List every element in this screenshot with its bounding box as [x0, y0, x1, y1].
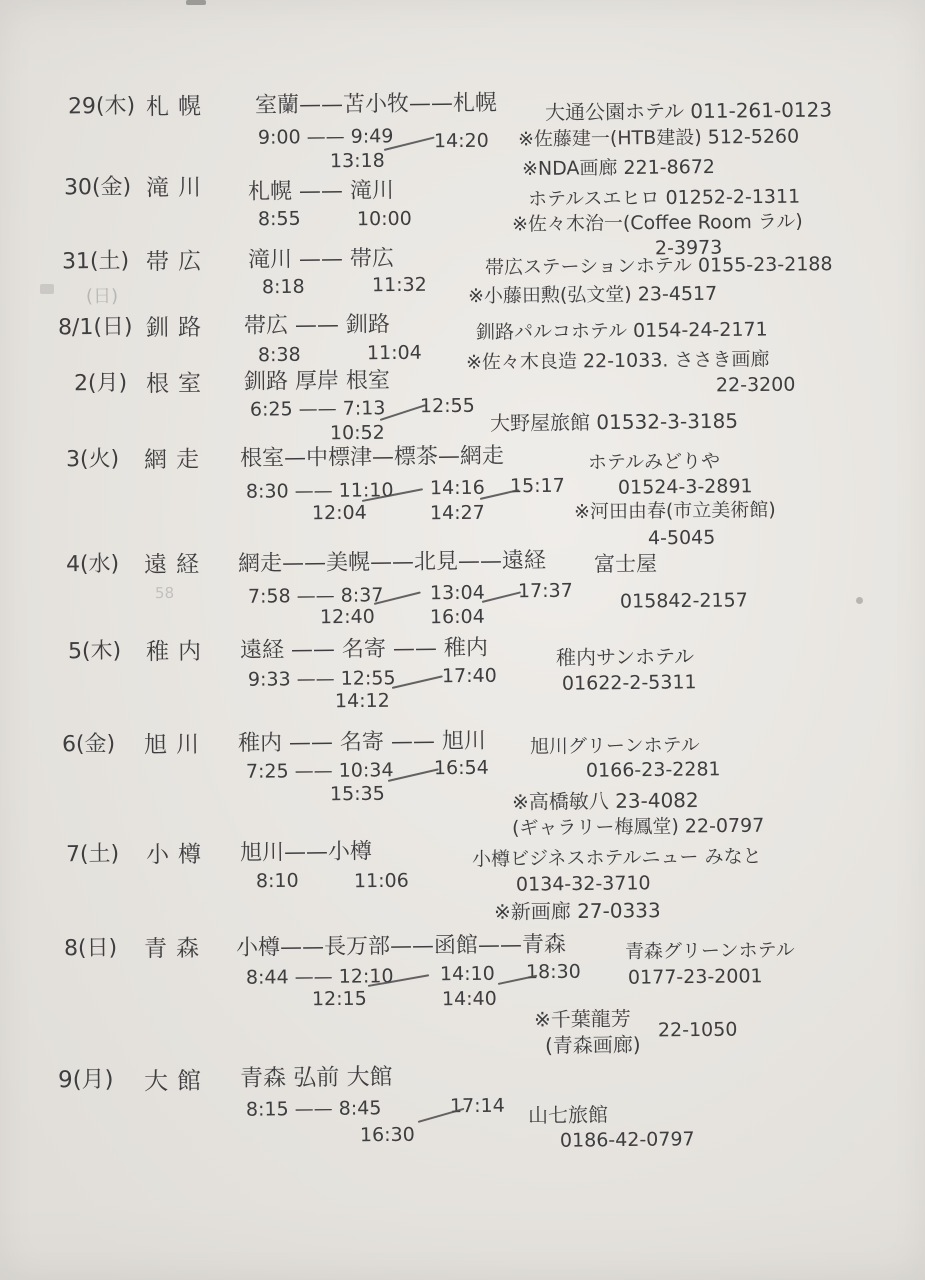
time-value: 9:00 —— 9:49	[258, 126, 394, 148]
time-value: 16:30	[360, 1125, 415, 1146]
time-value: 8:15 —— 8:45	[246, 1098, 382, 1120]
phone-number: 0186-42-0797	[560, 1129, 695, 1151]
time-value: 17:37	[518, 581, 573, 602]
phone-number: 0177-23-2001	[628, 966, 763, 988]
time-value: 11:06	[354, 871, 409, 892]
destination-label: 青森	[144, 937, 208, 963]
route-stations: 根室—中標津—標茶—網走	[240, 445, 504, 472]
hotel-label: 小樽ビジネスホテルニュー みなと	[472, 846, 762, 870]
phone-number: 0166-23-2281	[586, 759, 721, 781]
destination-label: 大館	[144, 1068, 210, 1095]
date-label: 6(金)	[62, 733, 115, 758]
faint-note: (日)	[86, 287, 118, 307]
contact-label: ※新画廊 27-0333	[494, 899, 661, 923]
time-value: 17:40	[442, 666, 497, 687]
destination-label: 滝川	[146, 176, 210, 202]
destination-label: 小樽	[146, 843, 210, 869]
time-value: 12:40	[320, 607, 375, 628]
destination-label: 札幌	[146, 95, 210, 121]
time-value: 17:14	[450, 1096, 505, 1117]
date-label: 5(木)	[68, 640, 121, 665]
connector-line	[482, 591, 521, 603]
route-stations: 旭川——小樽	[240, 840, 372, 866]
time-value: 15:35	[330, 784, 385, 805]
connector-line	[380, 404, 426, 421]
connector-line	[388, 768, 439, 782]
time-value: 8:10	[256, 871, 299, 892]
time-value: 15:17	[510, 476, 565, 497]
contact-label: ※佐藤建一(HTB建設) 512-5260	[518, 127, 799, 151]
time-value: 10:00	[357, 209, 412, 230]
time-value: 8:55	[258, 209, 301, 230]
connector-line	[392, 675, 443, 689]
route-stations: 青森 弘前 大館	[240, 1065, 393, 1092]
date-label: 4(水)	[66, 553, 119, 578]
time-value: 12:55	[420, 396, 475, 417]
destination-label: 遠経	[144, 553, 208, 579]
time-value: 7:58 —— 8:37	[248, 585, 384, 607]
date-label: 7(土)	[66, 843, 119, 868]
destination-label: 帯広	[146, 250, 210, 276]
route-stations: 稚内 —— 名寄 —— 旭川	[238, 730, 486, 757]
destination-label: 釧路	[146, 316, 210, 342]
phone-number: 0134-32-3710	[516, 873, 651, 895]
scan-artifact	[856, 597, 863, 604]
time-value: 14:40	[442, 989, 497, 1010]
hotel-label: 青森グリーンホテル	[625, 940, 795, 963]
date-label: 29(木)	[68, 95, 135, 120]
contact-label: ※小藤田勲(弘文堂) 23-4517	[468, 284, 717, 307]
time-value: 14:27	[430, 503, 485, 524]
date-label: 8(日)	[64, 937, 117, 962]
time-value: 8:38	[258, 345, 301, 366]
hotel-label: 稚内サンホテル	[556, 645, 694, 668]
time-value: 7:25 —— 10:34	[246, 760, 394, 782]
contact-label: ※NDA画廊 221-8672	[522, 157, 715, 180]
phone-number: 22-3200	[716, 375, 796, 397]
route-stations: 室蘭——苫小牧——札幌	[255, 92, 497, 119]
time-value: 14:20	[434, 131, 489, 152]
hotel-label: 釧路パルコホテル 0154-24-2171	[476, 319, 768, 343]
scan-artifact	[40, 284, 54, 294]
time-value: 8:18	[262, 277, 305, 298]
time-value: 12:04	[312, 503, 367, 524]
time-value: 11:32	[372, 275, 427, 296]
time-value: 11:04	[367, 343, 422, 364]
time-value: 16:04	[430, 607, 485, 628]
time-value: 14:10	[440, 964, 495, 985]
date-label: 31(土)	[62, 250, 129, 275]
contact-label: ※千葉龍芳	[534, 1007, 631, 1030]
date-label: 2(月)	[74, 372, 127, 397]
date-label: 9(月)	[58, 1068, 114, 1094]
phone-number: 01622-2-5311	[562, 672, 697, 694]
time-value: 9:33 —— 12:55	[248, 668, 396, 690]
contact-label: (青森画廊)	[545, 1034, 641, 1057]
hotel-label: 帯広ステーションホテル 0155-23-2188	[485, 254, 833, 279]
contact-label: ※高橋敏八 23-4082	[512, 789, 699, 813]
phone-number: 4-5045	[648, 528, 716, 550]
route-stations: 札幌 —— 滝川	[248, 179, 394, 205]
route-stations: 釧路 厚岸 根室	[244, 369, 390, 395]
contact-label: ※佐々木良造 22-1033. ささき画廊	[466, 349, 770, 373]
hotel-label: 大野屋旅館 01532-3-3185	[490, 410, 738, 435]
contact-label: ※河田由春(市立美術館)	[574, 500, 776, 523]
destination-label: 根室	[146, 372, 210, 398]
scanned-page: 29(木)札幌室蘭——苫小牧——札幌9:00 —— 9:4914:2013:18…	[0, 0, 925, 1280]
time-value: 6:25 —— 7:13	[250, 398, 386, 420]
time-value: 14:16	[430, 478, 485, 499]
time-value: 13:18	[330, 151, 385, 172]
hotel-label: ホテルスエヒロ 01252-2-1311	[528, 187, 800, 211]
time-value: 12:15	[312, 989, 367, 1010]
date-label: 3(火)	[66, 448, 119, 473]
route-stations: 帯広 —— 釧路	[244, 313, 390, 339]
hotel-label: 大通公園ホテル 011-261-0123	[545, 98, 832, 123]
route-stations: 滝川 —— 帯広	[248, 247, 394, 273]
phone-number: 015842-2157	[620, 590, 748, 612]
destination-label: 旭川	[144, 733, 208, 759]
time-value: 10:52	[330, 423, 385, 444]
date-label: 30(金)	[64, 176, 131, 201]
hotel-label: 富士屋	[594, 553, 657, 577]
contact-label: ※佐々木治一(Coffee Room ラル)	[512, 211, 803, 235]
time-value: 13:04	[430, 583, 485, 604]
scan-artifact	[186, 0, 206, 5]
hotel-label: ホテルみどりや	[588, 451, 720, 473]
time-value: 16:54	[434, 758, 489, 779]
hotel-label: 山七旅館	[528, 1104, 608, 1127]
route-stations: 小樽——長万部——函館——青森	[236, 933, 566, 961]
phone-number: 22-1050	[658, 1020, 738, 1042]
hotel-label: 旭川グリーンホテル	[530, 735, 700, 758]
faint-note: 58	[155, 585, 174, 602]
destination-label: 稚内	[146, 640, 210, 666]
time-value: 18:30	[526, 962, 581, 983]
time-value: 14:12	[335, 691, 390, 712]
route-stations: 遠経 —— 名寄 —— 稚内	[240, 637, 488, 664]
contact-label: (ギャラリー梅鳳堂) 22-0797	[512, 816, 764, 840]
phone-number: 01524-3-2891	[618, 476, 753, 498]
destination-label: 網走	[144, 448, 208, 474]
route-stations: 網走——美幌——北見——遠経	[238, 549, 546, 576]
date-label: 8/1(日)	[58, 316, 133, 341]
